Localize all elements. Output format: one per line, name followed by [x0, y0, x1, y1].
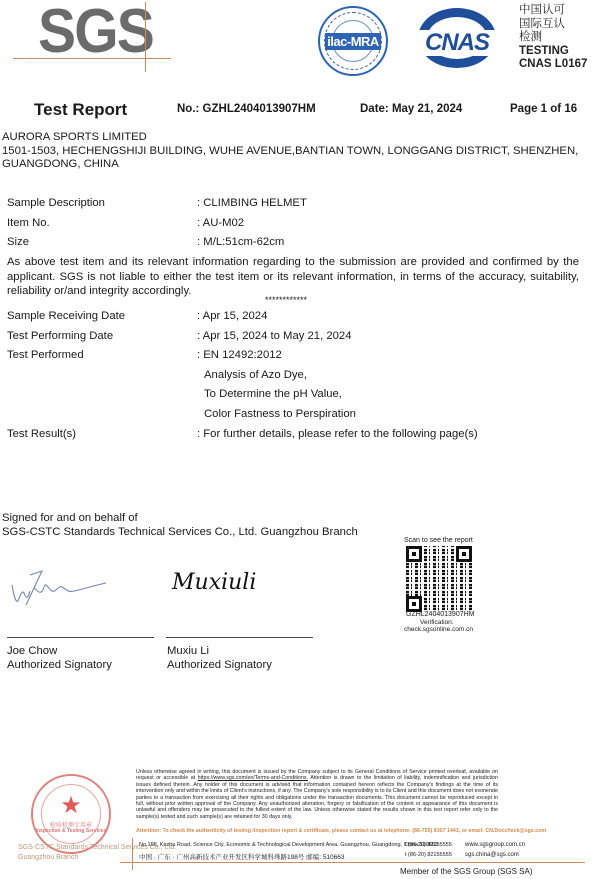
cert-zh-2: 国际互认 — [519, 18, 587, 32]
ilac-mra-logo: ilac-MRA — [318, 6, 388, 76]
ilac-mra-text: ilac-MRA — [325, 33, 381, 50]
report-number: No.: GZHL2404013907HM — [177, 103, 316, 115]
signatory-2: Muxiu Li Authorized Signatory — [167, 644, 272, 672]
star-icon: ★ — [33, 794, 109, 818]
signatory-1: Joe Chow Authorized Signatory — [7, 644, 112, 672]
accreditation-text: 中国认可 国际互认 检测 TESTING CNAS L0167 — [519, 4, 587, 72]
test-item-color-fastness: Color Fastness to Perspiration — [204, 408, 356, 420]
client-name: AURORA SPORTS LIMITED — [2, 131, 592, 145]
authenticity-notice: Attention: To check the authenticity of … — [136, 828, 595, 834]
test-item-ph-value: To Determine the pH Value, — [204, 388, 342, 400]
seal-en-text: Inspection & Testing Services — [33, 828, 109, 834]
page-indicator: Page 1 of 16 — [510, 103, 577, 115]
signatory-title: Authorized Signatory — [7, 658, 112, 672]
address-en: No.198, Kezhu Road, Science City, Econom… — [139, 842, 438, 848]
qr-code[interactable] — [406, 546, 472, 612]
qr-finder-icon — [456, 546, 472, 562]
telephone-2: t (86-20) 82155555 — [405, 852, 452, 858]
field-label: Test Result(s) — [7, 428, 76, 440]
qr-caption: Scan to see the report — [404, 537, 473, 544]
cert-zh-1: 中国认可 — [519, 4, 587, 18]
terms-text: Unless otherwise agreed in writing, this… — [136, 769, 498, 820]
signed-line-2: SGS-CSTC Standards Technical Services Co… — [2, 526, 358, 540]
logo-horizontal-rule — [13, 58, 171, 59]
field-value: : CLIMBING HELMET — [197, 197, 307, 209]
company-seal: ★ 检验检测专用章 Inspection & Testing Services — [31, 774, 111, 854]
footer-horizontal-rule — [120, 862, 585, 863]
field-label: Sample Description — [7, 197, 105, 209]
client-address-2: GUANGDONG, CHINA — [2, 158, 592, 172]
signatory-title: Authorized Signatory — [167, 658, 272, 672]
field-label: Test Performed — [7, 349, 84, 361]
footer-vertical-rule — [132, 838, 133, 870]
terms-link[interactable]: https://www.sgs.com/en/Terms-and-Conditi… — [198, 775, 308, 781]
disclaimer-text: As above test item and its relevant info… — [7, 255, 579, 299]
signature-line — [166, 637, 313, 638]
report-title: Test Report — [34, 100, 127, 120]
address-zh: 中国 · 广东 · 广州高新技术产业开发区科学城科珠路198号 邮编: 5106… — [139, 852, 345, 861]
cert-en-1: TESTING — [519, 45, 587, 59]
telephone-1: t (86-20) 82155555 — [405, 842, 452, 848]
signature-muxiu-li: Muxiuli — [172, 570, 256, 595]
email-link[interactable]: sgs.china@sgs.com — [465, 852, 519, 858]
logo-vertical-rule — [145, 2, 146, 72]
sgs-logo: SGS — [38, 2, 153, 62]
client-block: AURORA SPORTS LIMITED 1501-1503, HECHENG… — [2, 131, 592, 172]
signed-on-behalf: Signed for and on behalf of SGS-CSTC Sta… — [2, 512, 358, 539]
field-value: : AU-M02 — [197, 217, 244, 229]
field-value: : For further details, please refer to t… — [197, 428, 478, 440]
qr-finder-icon — [406, 596, 422, 612]
cnas-logo: CNAS — [412, 8, 502, 78]
website-link[interactable]: www.sgsgroup.com.cn — [465, 842, 525, 848]
field-value: : EN 12492:2012 — [197, 349, 282, 361]
cert-en-2: CNAS L0167 — [519, 58, 587, 72]
signatory-name: Joe Chow — [7, 644, 112, 658]
field-label: Item No. — [7, 217, 50, 229]
qr-finder-icon — [406, 546, 422, 562]
field-label: Sample Receiving Date — [7, 310, 125, 322]
field-value: : Apr 15, 2024 to May 21, 2024 — [197, 330, 352, 342]
member-of-sgs-group: Member of the SGS Group (SGS SA) — [400, 867, 533, 876]
qr-report-id: GZHL2404013907HM — [406, 611, 475, 618]
separator-stars: ************ — [265, 295, 307, 305]
cnas-text: CNAS — [412, 30, 502, 56]
signed-line-1: Signed for and on behalf of — [2, 512, 358, 526]
field-label: Test Performing Date — [7, 330, 113, 342]
field-label: Size — [7, 236, 29, 248]
report-date: Date: May 21, 2024 — [360, 103, 462, 115]
signature-line — [7, 637, 154, 638]
field-value: : Apr 15, 2024 — [197, 310, 267, 322]
qr-verification-label: Verification: — [420, 619, 454, 626]
field-value: : M/L:51cm-62cm — [197, 236, 284, 248]
test-item-azo-dye: Analysis of Azo Dye, — [204, 369, 307, 381]
client-address-1: 1501-1503, HECHENGSHIJI BUILDING, WUHE A… — [2, 145, 592, 159]
signature-joe-chow — [8, 563, 108, 611]
signatory-name: Muxiu Li — [167, 644, 272, 658]
qr-verification-url[interactable]: check.sgsonline.com.cn — [404, 626, 473, 633]
terms-body: Attention is drawn to the limitation of … — [136, 775, 498, 819]
cert-zh-3: 检测 — [519, 31, 587, 45]
